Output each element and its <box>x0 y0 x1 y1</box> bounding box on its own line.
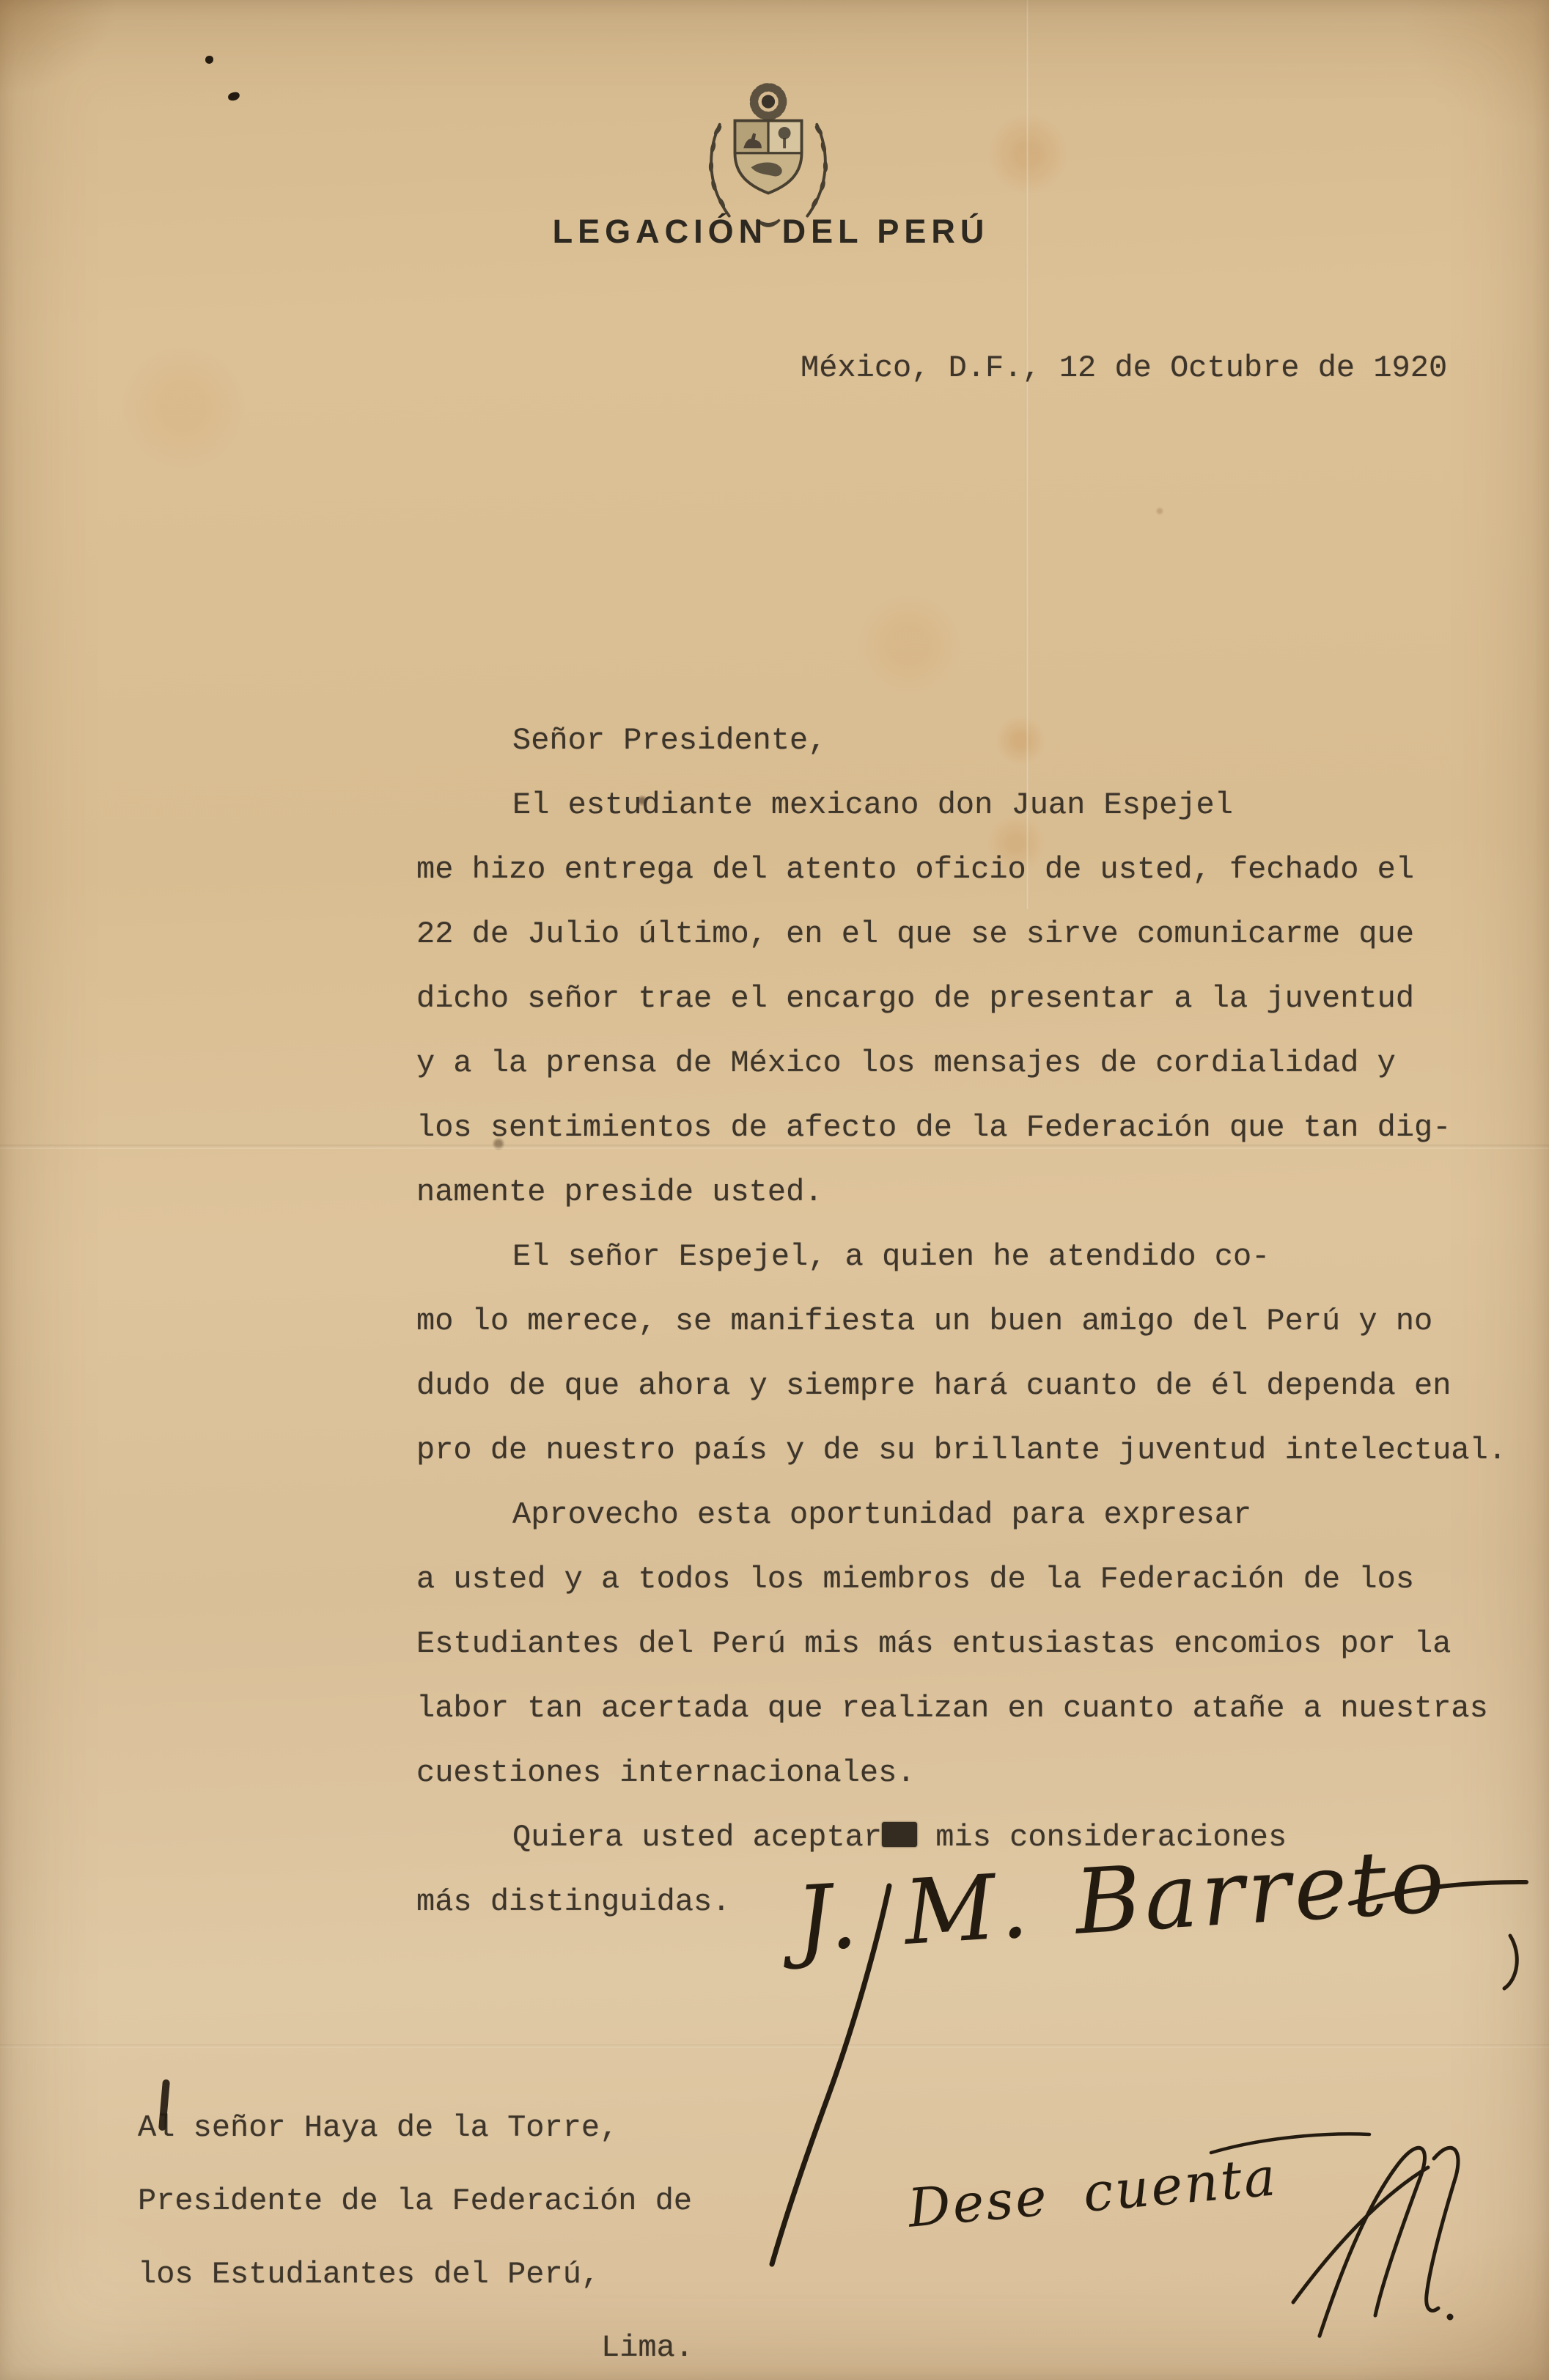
salutation: Señor Presidente, <box>512 708 1516 773</box>
typed-line: a usted y a todos los miembros de la Fed… <box>416 1547 1516 1612</box>
address-line: Presidente de la Federación de <box>138 2164 693 2238</box>
typed-line: Aprovecho esta oportunidad para expresar <box>512 1483 1516 1547</box>
ink-dot <box>227 91 240 102</box>
typed-line: El estudiante mexicano don Juan Espejel <box>512 773 1516 837</box>
letter-body: Señor Presidente, El estudiante mexicano… <box>416 708 1516 1934</box>
peru-coat-of-arms-icon <box>688 81 849 233</box>
typed-line: los sentimientos de afecto de la Federac… <box>416 1095 1516 1160</box>
typed-line: dicho señor trae el encargo de presentar… <box>416 966 1516 1031</box>
address-line: Al señor Haya de la Torre, <box>138 2091 693 2164</box>
typed-line: mo lo merece, se manifiesta un buen amig… <box>416 1289 1516 1354</box>
letter-page: LEGACIÓN DEL PERÚ México, D.F., 12 de Oc… <box>0 0 1549 2380</box>
typed-line: namente preside usted. <box>416 1160 1516 1224</box>
typed-line: cuestiones internacionales. <box>416 1741 1516 1805</box>
annotation-rubric <box>1293 2148 1458 2336</box>
typed-line: labor tan acertada que realizan en cuant… <box>416 1676 1516 1741</box>
typed-line: pro de nuestro país y de su brillante ju… <box>416 1418 1516 1483</box>
typed-line: El señor Espejel, a quien he atendido co… <box>512 1224 1516 1289</box>
typed-line: dudo de que ahora y siempre hará cuanto … <box>416 1354 1516 1418</box>
typed-line: y a la prensa de México los mensajes de … <box>416 1031 1516 1095</box>
typed-line: Estudiantes del Perú mis más entusiastas… <box>416 1612 1516 1676</box>
letterhead-title: LEGACIÓN DEL PERÚ <box>0 213 1542 251</box>
dateline: México, D.F., 12 de Octubre de 1920 <box>801 350 1447 386</box>
typed-line: 22 de Julio último, en el que se sirve c… <box>416 902 1516 966</box>
body-lines: El estudiante mexicano don Juan Espejelm… <box>416 773 1516 1934</box>
address-line: los Estudiantes del Perú, <box>138 2238 693 2311</box>
recipient-block: Al señor Haya de la Torre,Presidente de … <box>138 2091 693 2380</box>
ink-dot <box>205 56 213 64</box>
address-line: Lima. <box>601 2311 693 2380</box>
typed-line: me hizo entrega del atento oficio de ust… <box>416 837 1516 902</box>
